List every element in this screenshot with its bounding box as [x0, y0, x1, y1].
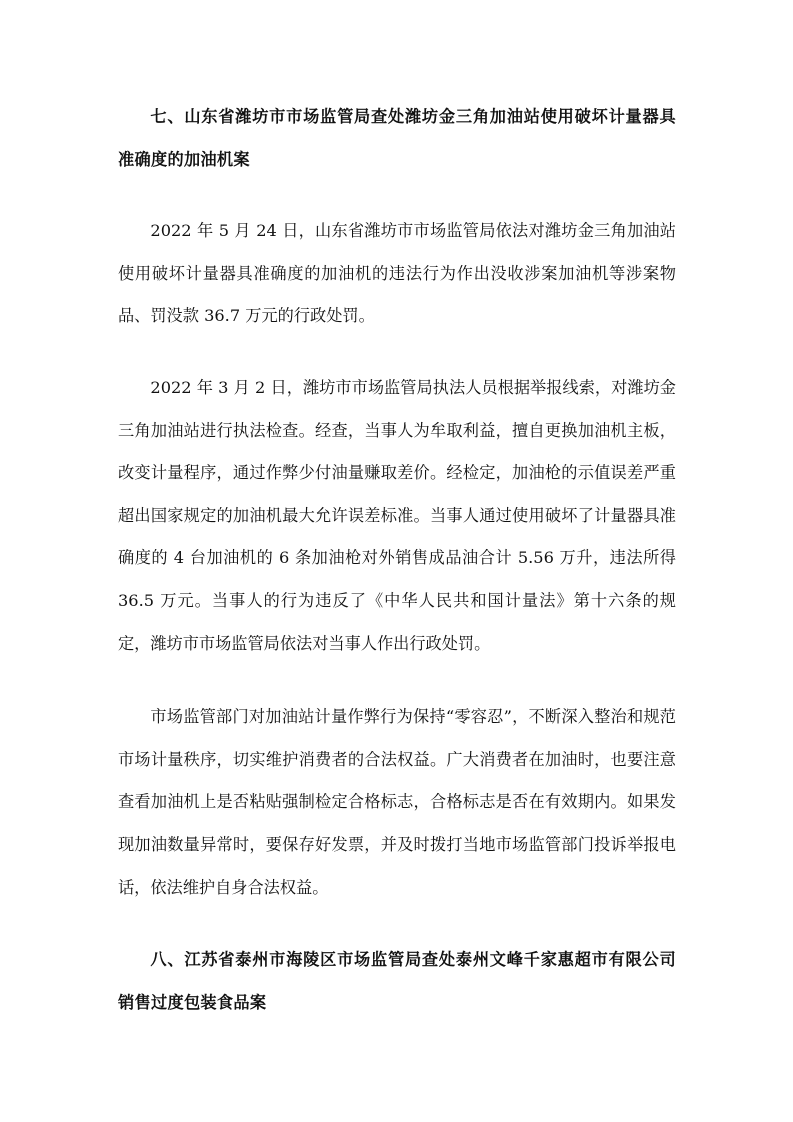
spacer [118, 665, 676, 696]
spacer [118, 181, 676, 210]
spacer [118, 909, 676, 939]
section-heading-7: 七、山东省潍坊市市场监管局查处潍坊金三角加油站使用破坏计量器具准确度的加油机案 [118, 96, 676, 181]
spacer [118, 338, 676, 367]
paragraph-consumer-advice: 市场监管部门对加油站计量作弊行为保持“零容忍”，不断深入整治和规范市场计量秩序，… [118, 696, 676, 909]
section-heading-8: 八、江苏省泰州市海陵区市场监管局查处泰州文峰千家惠超市有限公司销售过度包装食品案 [118, 939, 676, 1024]
paragraph-penalty-summary: 2022 年 5 月 24 日，山东省潍坊市市场监管局依法对潍坊金三角加油站使用… [118, 210, 676, 338]
paragraph-investigation-details: 2022 年 3 月 2 日，潍坊市市场监管局执法人员根据举报线索，对潍坊金三角… [118, 367, 676, 665]
document-page: 七、山东省潍坊市市场监管局查处潍坊金三角加油站使用破坏计量器具准确度的加油机案 … [118, 96, 676, 1024]
